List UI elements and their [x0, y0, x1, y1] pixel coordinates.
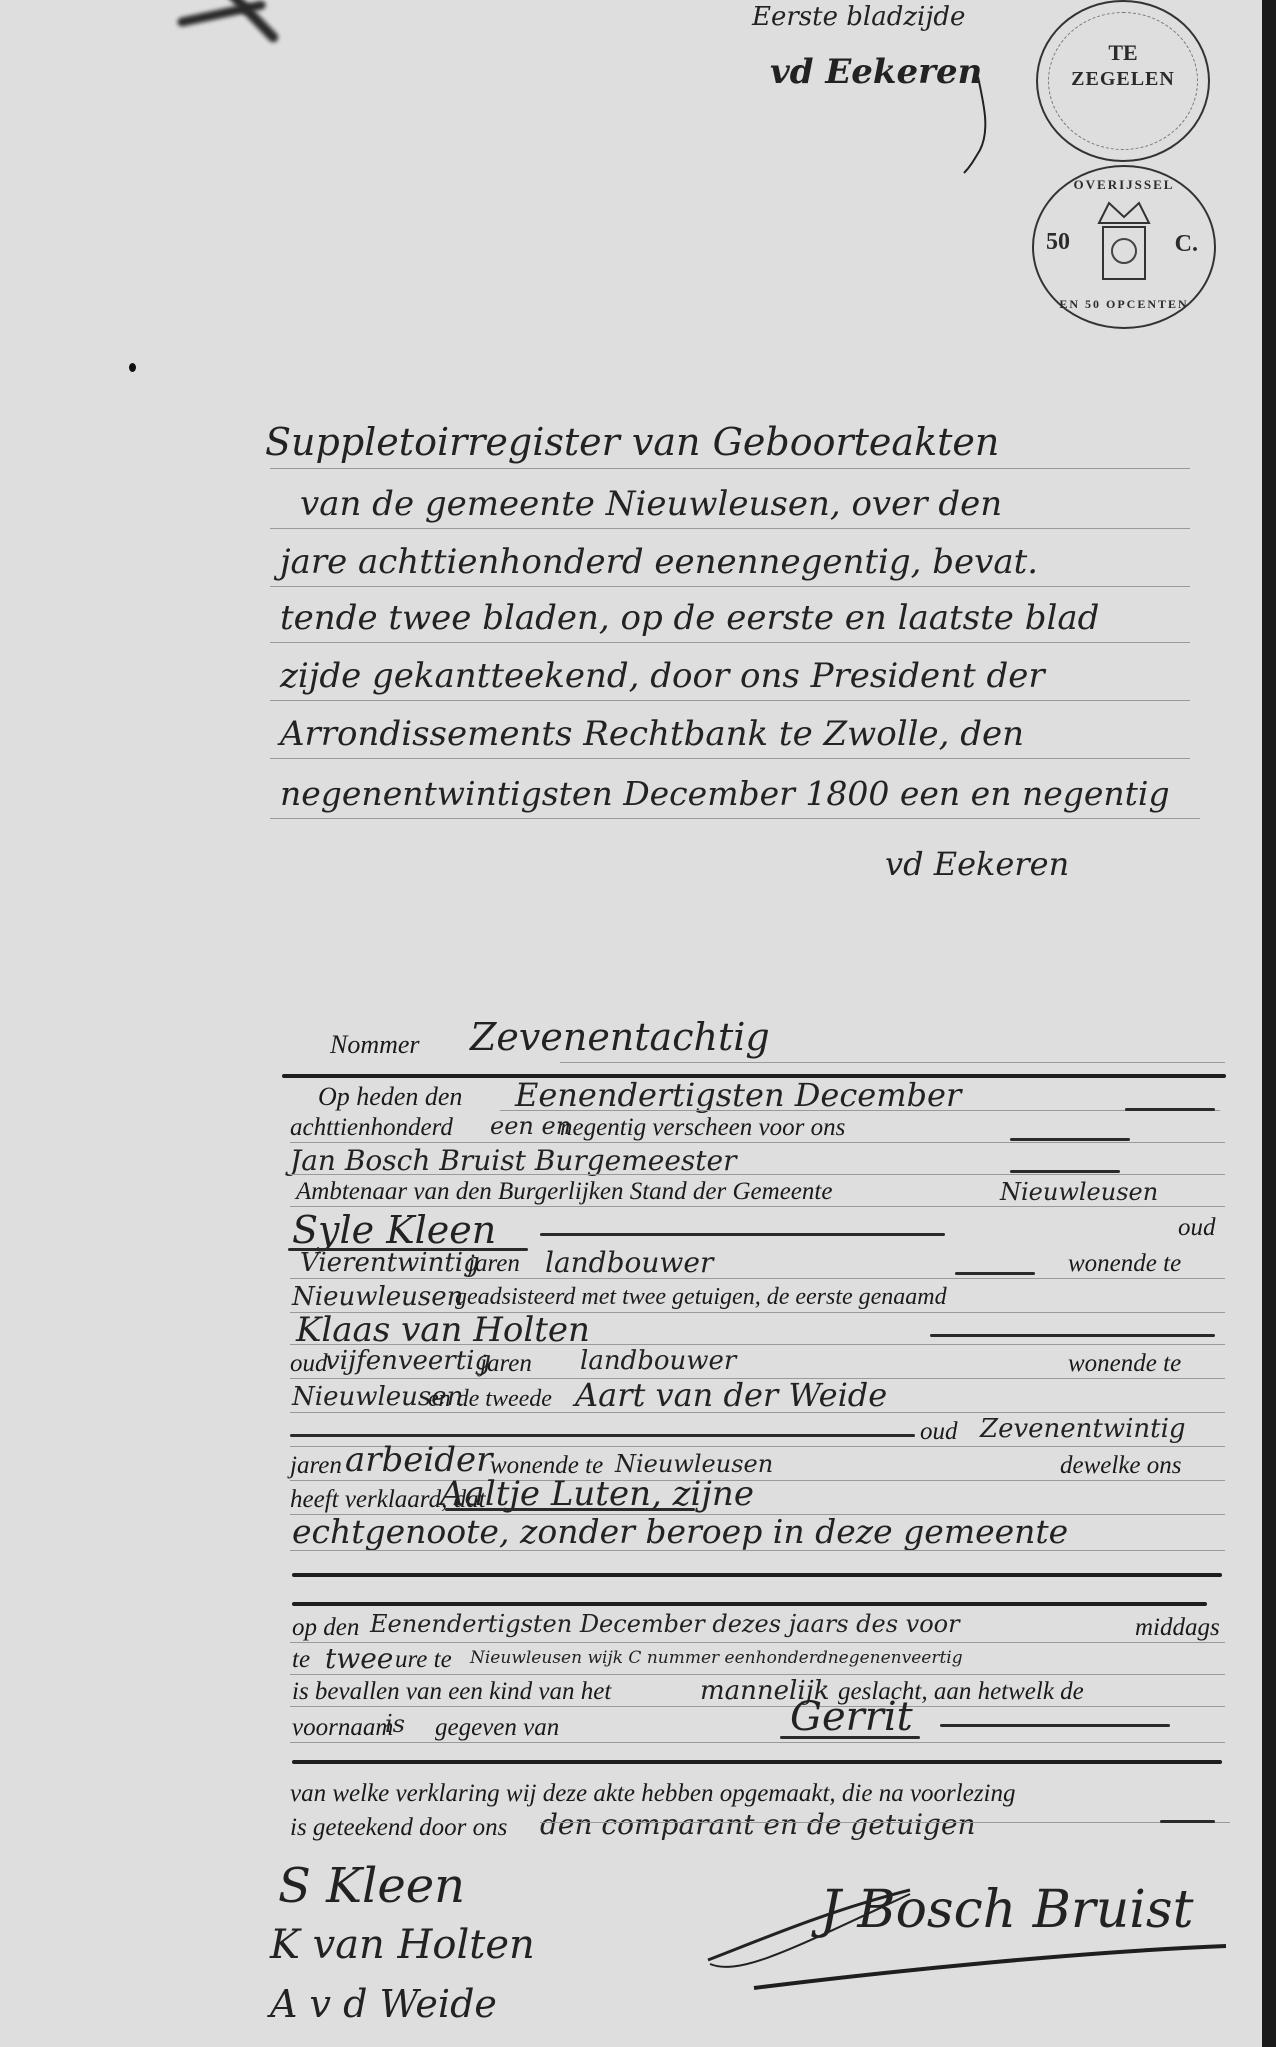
preamble-line: tende twee bladen, op de eerste en laats…: [280, 598, 1099, 638]
date-fill: Eenendertigsten December: [515, 1076, 961, 1114]
document-page: Eerste bladzijde vd Eekeren TE ZEGELEN O…: [0, 0, 1262, 2047]
witness2-name: Aart van der Weide: [575, 1376, 887, 1414]
record-number-label: Nommer: [330, 1030, 420, 1060]
signature-father: S Kleen: [278, 1858, 465, 1914]
preamble-line: Suppletoirregister van Geboorteakten: [265, 420, 999, 464]
child-name: Gerrit: [790, 1694, 913, 1740]
paraph-stroke-icon: [960, 75, 1000, 175]
official-name: Jan Bosch Bruist Burgemeester: [290, 1144, 737, 1177]
father-name: Syle Kleen: [292, 1208, 496, 1252]
tax-stamp-50-cents: OVERIJSSEL 50 C. EN 50 OPCENTEN: [1032, 165, 1216, 329]
preamble-line: Arrondissements Rechtbank te Zwolle, den: [280, 714, 1024, 754]
preamble-line: negenentwintigsten December 1800 een en …: [280, 774, 1170, 813]
signature-witness1: K van Holten: [270, 1922, 535, 1968]
preamble-line: van de gemeente Nieuwleusen, over den: [300, 484, 1002, 524]
ink-dot: [129, 363, 136, 372]
preamble-line: zijde gekantteekend, door ons President …: [280, 656, 1045, 696]
preamble-signature: vd Eekeren: [885, 845, 1069, 883]
signature-witness2: A v d Weide: [270, 1982, 497, 2026]
ink-smudge: [172, 0, 289, 56]
preamble-line: jare achttienhonderd eenennegentig, beva…: [280, 542, 1038, 582]
signature-underline-icon: [750, 1940, 1230, 2000]
page-binding-edge: [1262, 0, 1276, 2047]
coat-of-arms-icon: [1089, 193, 1159, 293]
record-number-value: Zevenentachtig: [470, 1015, 770, 1059]
margin-note-initials: vd Eekeren: [770, 52, 982, 92]
tax-stamp-te-zegelen: TE ZEGELEN: [1036, 0, 1210, 162]
margin-note-label: Eerste bladzijde: [752, 2, 965, 32]
